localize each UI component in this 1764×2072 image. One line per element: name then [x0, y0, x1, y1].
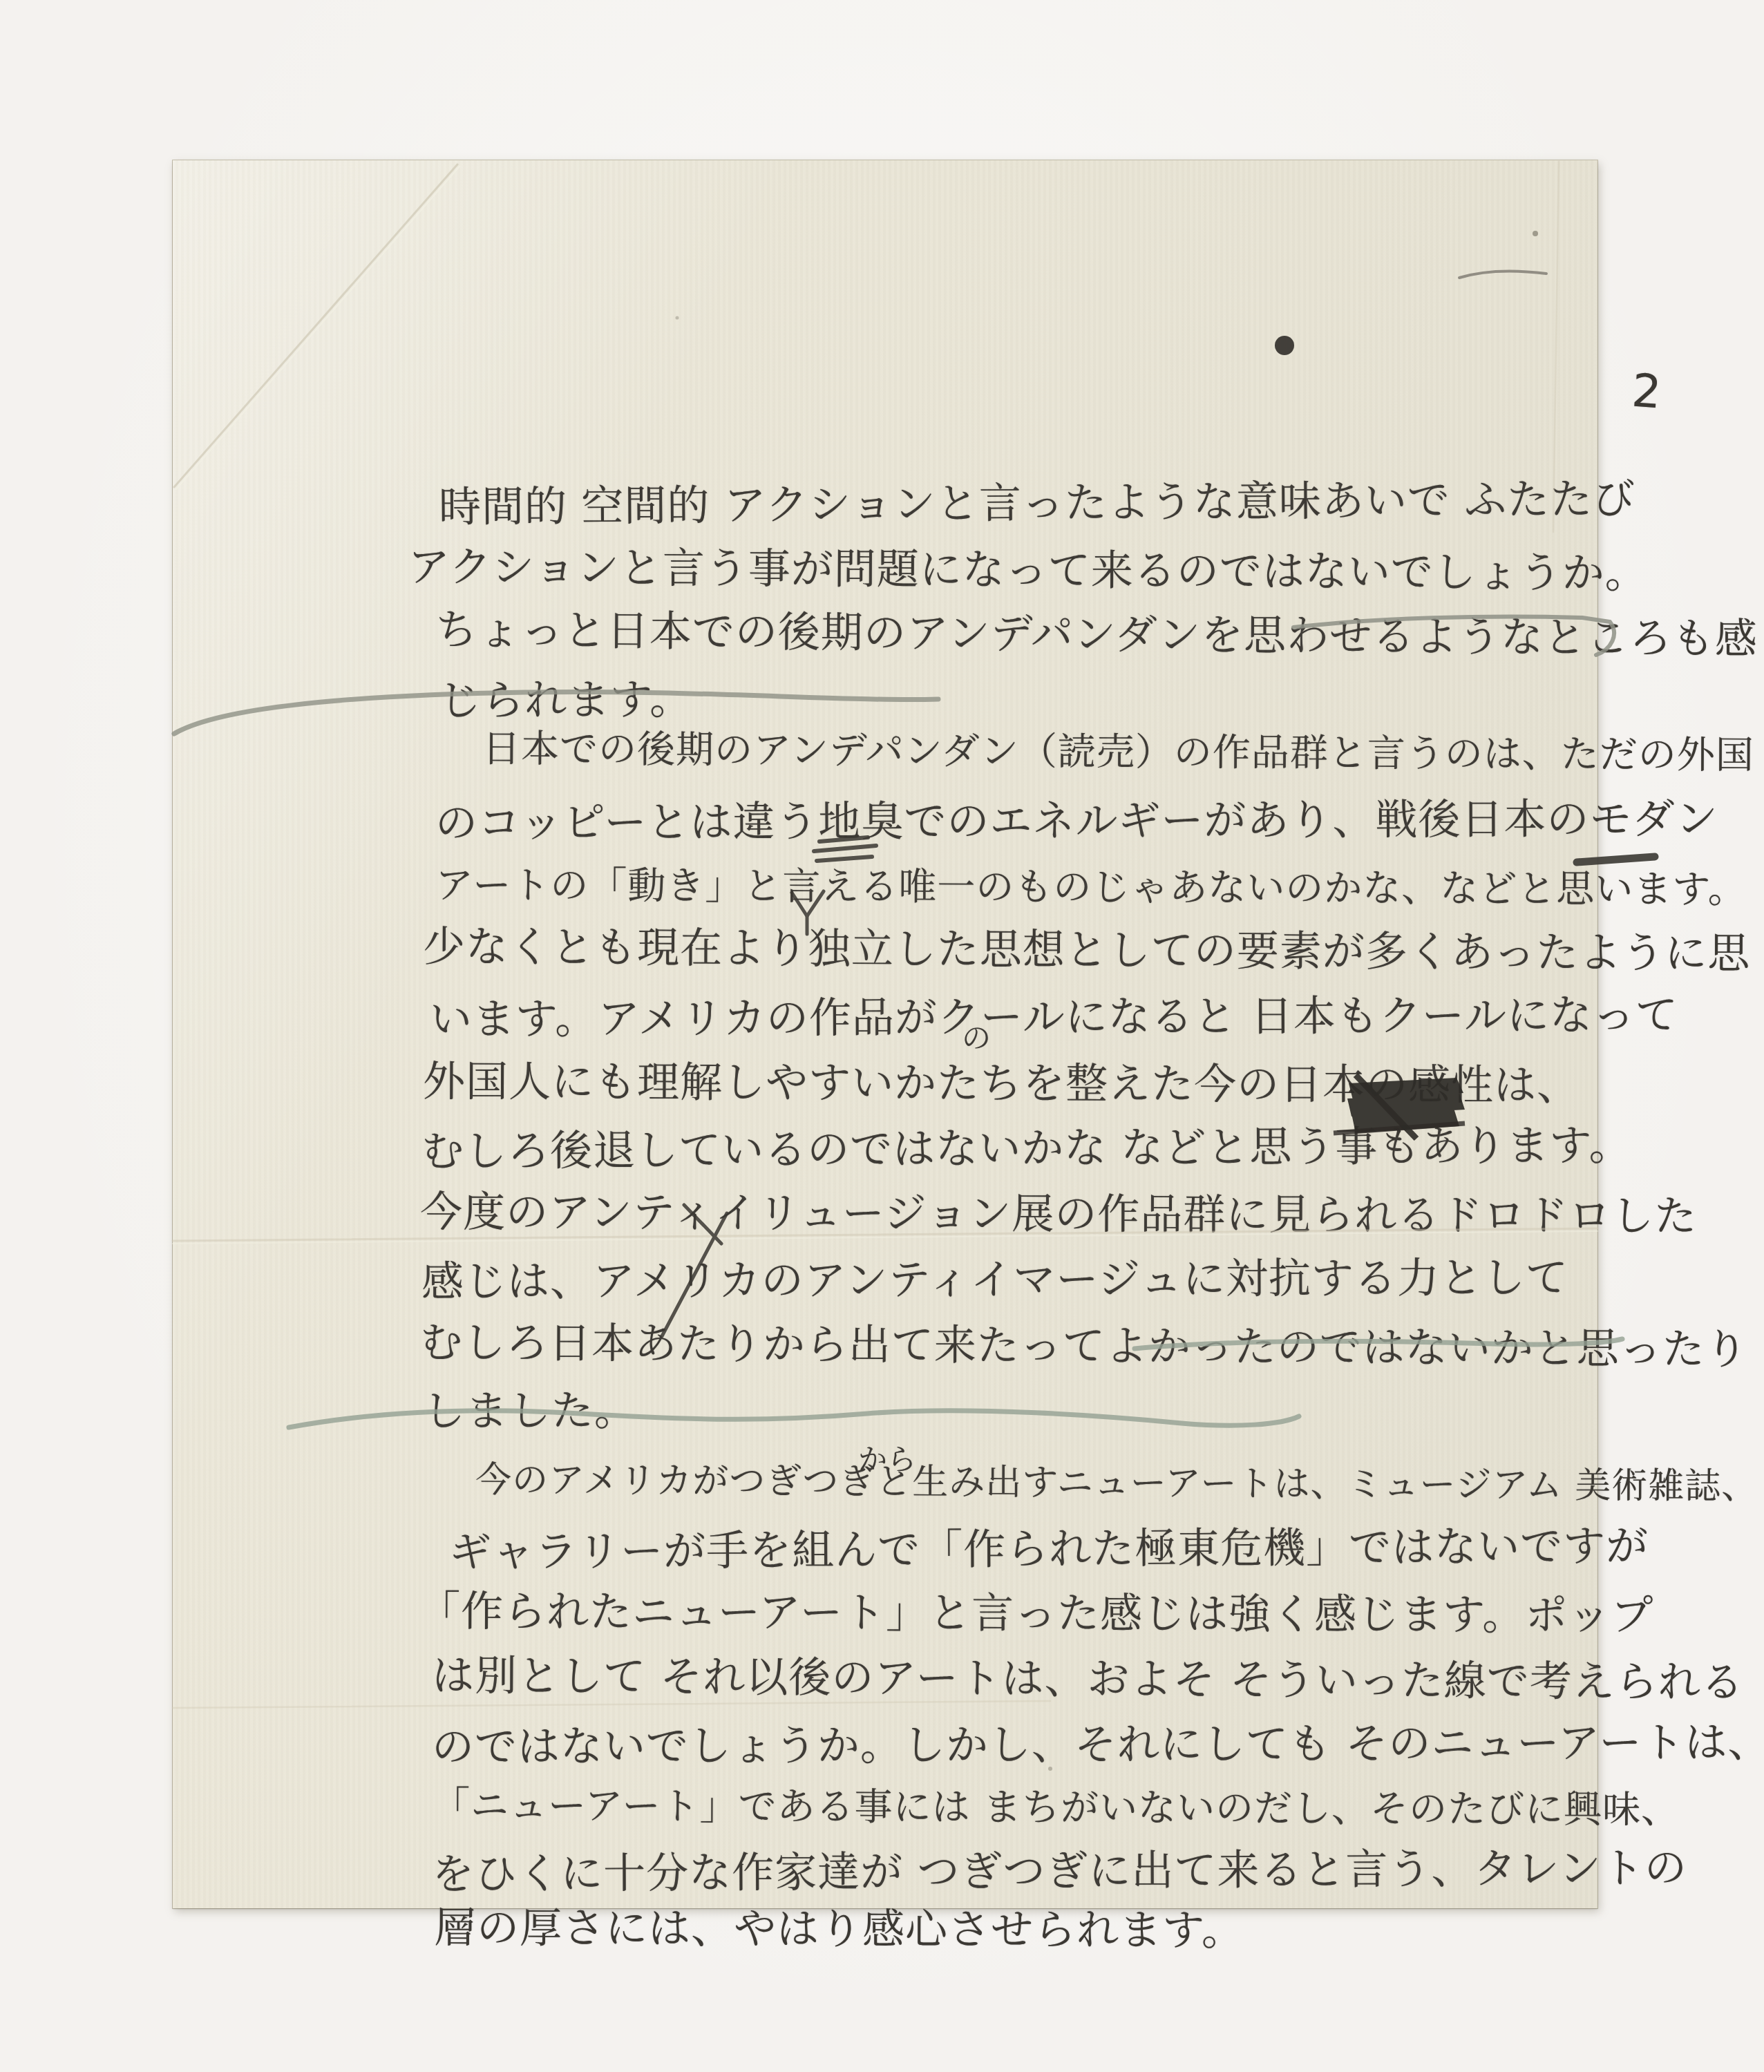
handwriting-line: 「作られたニューアート」と言った感じは強く感じます。ポップ: [418, 1578, 1654, 1642]
insertion-text-above: の: [962, 1016, 991, 1057]
handwriting-line: しました。: [423, 1377, 637, 1438]
page-number: 2: [1630, 364, 1662, 419]
handwriting-line: 層の厚さには、やはり感心させられます。: [434, 1894, 1244, 1957]
handwriting-line: むしろ後退しているのではないかな などと思う事もあります。: [421, 1112, 1632, 1178]
handwriting-line: 少なくとも現在より独立した思想としての要素が多くあったように思: [423, 913, 1751, 980]
handwriting-line: 「ニューアート」である事には まちがいないのだし、そのたびに興味、: [432, 1775, 1680, 1834]
handwriting-line: アクションと言う事が問題になって来るのではないでしょうか。: [408, 533, 1648, 600]
letter-page: 2 時間的 空間的 アクションと言ったような意味あいで ふたたび アクションと言…: [173, 160, 1597, 1908]
handwriting-line: 日本での後期のアンデパンダン（読売）の作品群と言うのは、ただの外国: [482, 718, 1754, 779]
handwriting-line: 時間的 空間的 アクションと言ったような意味あいで ふたたび: [439, 466, 1636, 534]
handwriting-line: ちょっと日本での後期のアンデパンダンを思わせるようなところも感: [435, 596, 1758, 665]
handwriting-line: 外国人にも理解しやすいかたちを整えた今の日本の感性は、: [423, 1048, 1580, 1112]
scanned-letter-photo: { "page": { "description": "Scanned page…: [0, 0, 1764, 2072]
handwriting-line: 今度のアンティイリュージョン展の作品群に見られるドロドロした: [420, 1179, 1698, 1243]
handwriting-line: アートの「動き」と言える唯一のものじゃあないのかな、などと思います。: [435, 855, 1747, 914]
handwriting-line: ギャラリーが手を組んで「作られた極東危機」ではないですが: [449, 1512, 1649, 1579]
handwriting-line: は別として それ以後のアートは、およそ そういった線で考えられる: [432, 1642, 1744, 1709]
handwriting-line: 今のアメリカがつぎつぎと生み出すニューアートは、ミュージアム 美術雑誌、: [475, 1450, 1758, 1509]
handwriting-line: のではないでしょうか。しかし、それにしても そのニューアートは、: [432, 1709, 1764, 1774]
handwriting-line: のコッピーとは違う地臭でのエネルギーがあり、戦後日本のモダン: [435, 786, 1718, 850]
handwriting-line: 感じは、アメリカのアンティイマージュに対抗する力として: [421, 1244, 1568, 1309]
handwriting-line: をひくに十分な作家達が つぎつぎに出て来ると言う、タレントの: [432, 1834, 1687, 1901]
handwriting-line: むしろ日本あたりから出て来たってよかったのではないかと思ったり: [420, 1309, 1748, 1376]
insertion-text-below: から: [858, 1437, 916, 1479]
handwriting-line: います。アメリカの作品がクールになると 日本もクールになって: [430, 982, 1678, 1046]
